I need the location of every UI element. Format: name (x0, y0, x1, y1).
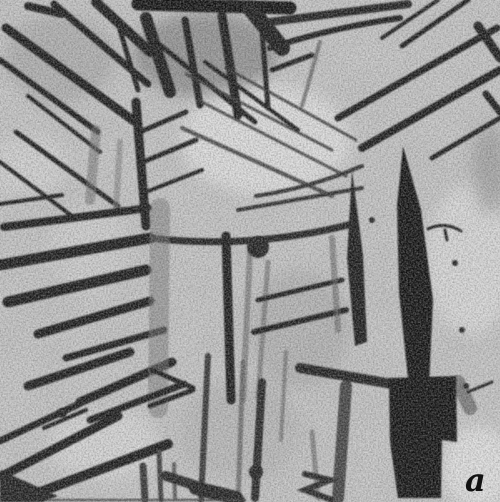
halftone-grain-light (0, 0, 500, 502)
figure-canvas: a (0, 0, 500, 502)
subfigure-label: a (465, 461, 486, 499)
micrograph: a (0, 0, 500, 502)
